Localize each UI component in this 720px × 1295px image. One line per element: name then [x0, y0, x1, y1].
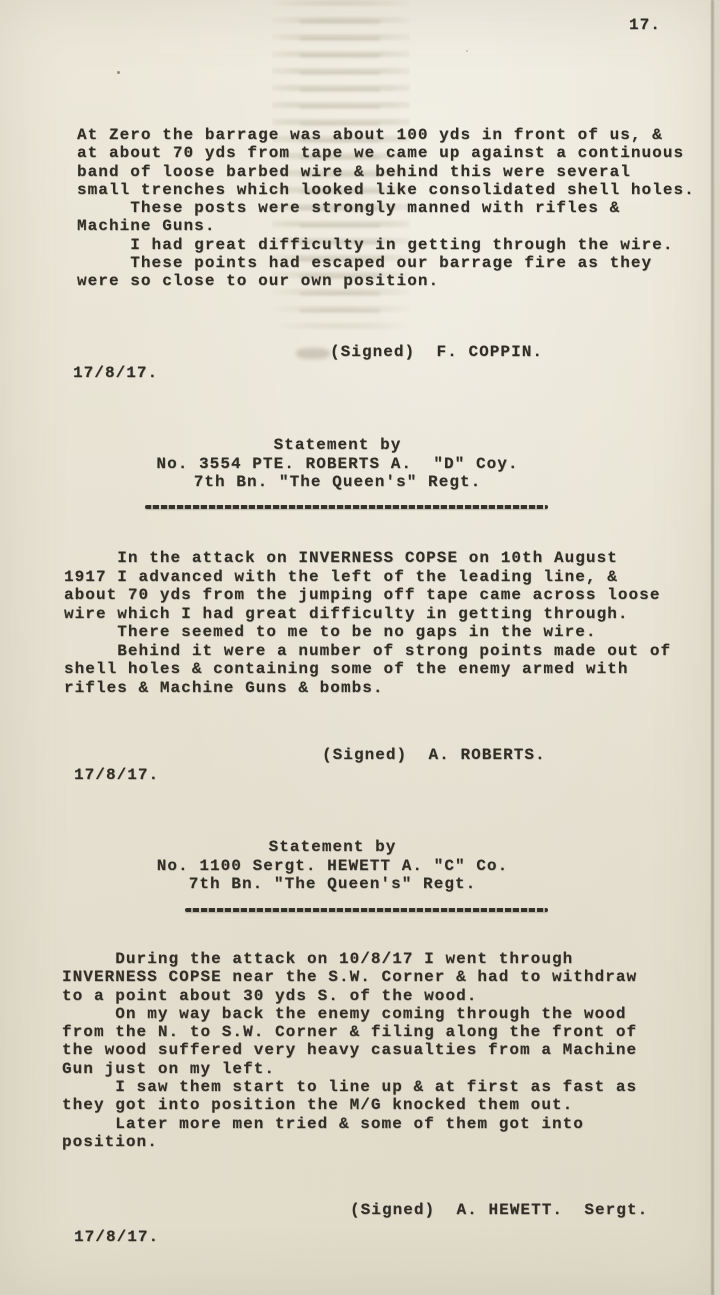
text-line: the wood suffered very heavy casualties … — [62, 1041, 637, 1059]
page-edge — [714, 0, 720, 1295]
page-number: 17. — [629, 16, 661, 34]
roberts-signature-line: (Signed) A. ROBERTS. — [322, 746, 546, 764]
ink-speck — [466, 50, 468, 52]
text-line: On my way back the enemy coming through … — [62, 1005, 637, 1023]
text-line: Later more men tried & some of them got … — [62, 1115, 637, 1133]
text-line: Machine Guns. — [77, 217, 695, 235]
text-line: rifles & Machine Guns & bombs. — [64, 679, 671, 698]
heading-line: 7th Bn. "The Queen's" Regt. — [145, 473, 530, 492]
roberts-statement-heading: Statement by No. 3554 PTE. ROBERTS A. "D… — [145, 436, 530, 492]
heading-line: Statement by — [140, 838, 525, 857]
ink-smudge — [296, 348, 330, 359]
text-line: These points had escaped our barrage fir… — [77, 254, 695, 272]
text-line: At Zero the barrage was about 100 yds in… — [77, 126, 695, 144]
text-line: to a point about 30 yds S. of the wood. — [62, 987, 637, 1005]
page-edge-shadow — [711, 0, 714, 1295]
coppin-date: 17/8/17. — [73, 364, 158, 382]
roberts-statement-body: In the attack on INVERNESS COPSE on 10th… — [64, 549, 671, 697]
coppin-signature-line: (Signed) F. COPPIN. — [330, 343, 543, 361]
heading-line: Statement by — [145, 436, 530, 455]
text-line: These posts were strongly manned with ri… — [77, 199, 695, 217]
heading-underline — [145, 505, 548, 509]
text-line: I saw them start to line up & at first a… — [62, 1078, 637, 1096]
hewett-date: 17/8/17. — [74, 1228, 159, 1246]
heading-line: 7th Bn. "The Queen's" Regt. — [140, 875, 525, 894]
text-line: During the attack on 10/8/17 I went thro… — [62, 950, 637, 968]
heading-line: No. 1100 Sergt. HEWETT A. "C" Co. — [140, 857, 525, 876]
hewett-statement-body: During the attack on 10/8/17 I went thro… — [62, 950, 637, 1151]
text-line: INVERNESS COPSE near the S.W. Corner & h… — [62, 968, 637, 986]
heading-line: No. 3554 PTE. ROBERTS A. "D" Coy. — [145, 455, 530, 474]
hewett-signature-line: (Signed) A. HEWETT. Sergt. — [350, 1201, 648, 1219]
text-line: shell holes & containing some of the ene… — [64, 660, 671, 679]
ink-speck — [117, 71, 120, 74]
text-line: were so close to our own position. — [77, 272, 695, 290]
roberts-date: 17/8/17. — [74, 766, 159, 784]
text-line: Behind it were a number of strong points… — [64, 642, 671, 661]
text-line: about 70 yds from the jumping off tape c… — [64, 586, 671, 605]
text-line: There seemed to me to be no gaps in the … — [64, 623, 671, 642]
text-line: In the attack on INVERNESS COPSE on 10th… — [64, 549, 671, 568]
text-line: position. — [62, 1133, 637, 1151]
document-page: 17. At Zero the barrage was about 100 yd… — [0, 0, 720, 1295]
hewett-statement-heading: Statement by No. 1100 Sergt. HEWETT A. "… — [140, 838, 525, 894]
text-line: they got into position the M/G knocked t… — [62, 1096, 637, 1114]
text-line: from the N. to S.W. Corner & filing alon… — [62, 1023, 637, 1041]
text-line: at about 70 yds from tape we came up aga… — [77, 144, 695, 162]
coppin-statement-body: At Zero the barrage was about 100 yds in… — [77, 126, 695, 291]
text-line: band of loose barbed wire & behind this … — [77, 163, 695, 181]
text-line: Gun just on my left. — [62, 1060, 637, 1078]
text-line: small trenches which looked like consoli… — [77, 181, 695, 199]
text-line: 1917 I advanced with the left of the lea… — [64, 568, 671, 587]
text-line: I had great difficulty in getting throug… — [77, 236, 695, 254]
heading-underline — [185, 908, 548, 912]
text-line: wire which I had great difficulty in get… — [64, 605, 671, 624]
